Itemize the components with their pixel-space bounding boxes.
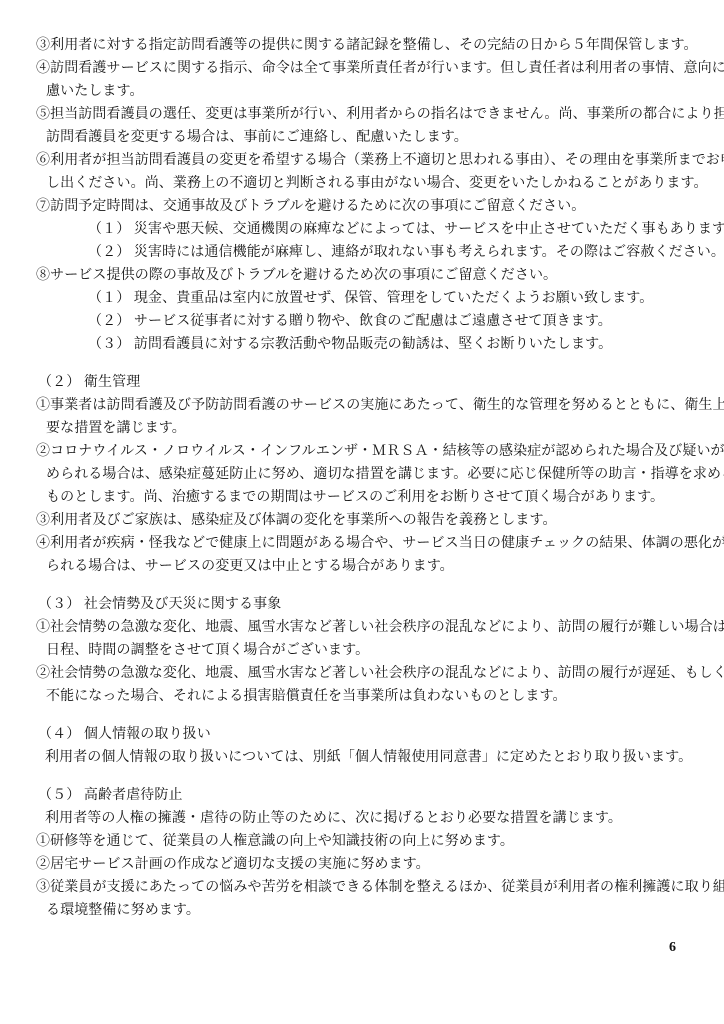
numbered-item: ①研修等を通じて、従業員の人権意識の向上や知識技術の向上に努めます。 xyxy=(36,830,692,853)
text-line: ④利用者が疾病・怪我などで健康上に問題がある場合や、サービス当日の健康チェックの… xyxy=(36,532,692,555)
numbered-item: ⑥利用者が担当訪問看護員の変更を希望する場合（業務上不適切と思われる事由）、その… xyxy=(36,149,692,195)
text-line: ⑤担当訪問看護員の選任、変更は事業所が行い、利用者からの指名はできません。尚、事… xyxy=(36,103,692,126)
numbered-item: ④利用者が疾病・怪我などで健康上に問題がある場合や、サービス当日の健康チェックの… xyxy=(36,532,692,578)
text-line: ③利用者に対する指定訪問看護等の提供に関する諸記録を整備し、その完結の日から５年… xyxy=(36,34,692,57)
numbered-item: ③利用者に対する指定訪問看護等の提供に関する諸記録を整備し、その完結の日から５年… xyxy=(36,34,692,57)
text-line: ③利用者及びご家族は、感染症及び体調の変化を事業所への報告を義務とします。 xyxy=(36,509,692,532)
text-line: ①事業者は訪問看護及び予防訪問看護のサービスの実施にあたって、衛生的な管理を努め… xyxy=(36,394,692,417)
text-line: 日程、時間の調整をさせて頂く場合がございます。 xyxy=(36,639,692,662)
sub-item: （２） 災害時には通信機能が麻痺し、連絡が取れない事も考えられます。その際はご容… xyxy=(36,241,692,264)
text-line: ①研修等を通じて、従業員の人権意識の向上や知識技術の向上に努めます。 xyxy=(36,830,692,853)
text-line: し出ください。尚、業務上の不適切と判断される事由がない場合、変更をいたしかねるこ… xyxy=(36,172,692,195)
text-line: ⑦訪問予定時間は、交通事故及びトラブルを避けるために次の事項にご留意ください。 xyxy=(36,195,692,218)
text-line: （１） 災害や悪天候、交通機関の麻痺などによっては、サービスを中止させていただく… xyxy=(36,218,692,241)
text-line: （３） 訪問看護員に対する宗教活動や物品販売の勧誘は、堅くお断りいたします。 xyxy=(36,333,692,356)
numbered-item: ①事業者は訪問看護及び予防訪問看護のサービスの実施にあたって、衛生的な管理を努め… xyxy=(36,394,692,440)
sub-item: （２） サービス従事者に対する贈り物や、飲食のご配慮はご遠慮させて頂きます。 xyxy=(36,310,692,333)
text-line: られる場合は、サービスの変更又は中止とする場合があります。 xyxy=(36,555,692,578)
numbered-item: ④訪問看護サービスに関する指示、命令は全て事業所責任者が行います。但し責任者は利… xyxy=(36,57,692,103)
numbered-item: ⑧サービス提供の際の事故及びトラブルを避けるため次の事項にご留意ください。 xyxy=(36,264,692,287)
sub-item: （１） 災害や悪天候、交通機関の麻痺などによっては、サービスを中止させていただく… xyxy=(36,218,692,241)
text-line: （１） 現金、貴重品は室内に放置せず、保管、管理をしていただくようお願い致します… xyxy=(36,287,692,310)
section-heading: （５） 高齢者虐待防止 xyxy=(36,784,692,807)
text-line: る環境整備に努めます。 xyxy=(36,899,692,922)
text-line: 慮いたします。 xyxy=(36,80,692,103)
text-line: ⑧サービス提供の際の事故及びトラブルを避けるため次の事項にご留意ください。 xyxy=(36,264,692,287)
text-line: 要な措置を講じます。 xyxy=(36,417,692,440)
numbered-item: ⑦訪問予定時間は、交通事故及びトラブルを避けるために次の事項にご留意ください。 xyxy=(36,195,692,218)
page-number: 6 xyxy=(669,936,676,959)
spacer xyxy=(36,708,692,723)
text-line: ④訪問看護サービスに関する指示、命令は全て事業所責任者が行います。但し責任者は利… xyxy=(36,57,692,80)
section-heading: （４） 個人情報の取り扱い xyxy=(36,723,692,746)
numbered-item: ②居宅サービス計画の作成など適切な支援の実施に努めます。 xyxy=(36,853,692,876)
spacer xyxy=(36,356,692,371)
sub-item: （３） 訪問看護員に対する宗教活動や物品販売の勧誘は、堅くお断りいたします。 xyxy=(36,333,692,356)
numbered-item: ②社会情勢の急激な変化、地震、風雪水害など著しい社会秩序の混乱などにより、訪問の… xyxy=(36,662,692,708)
text-line: （３） 社会情勢及び天災に関する事象 xyxy=(36,593,692,616)
text-line: （５） 高齢者虐待防止 xyxy=(36,784,692,807)
numbered-item: ②コロナウイルス・ノロウイルス・インフルエンザ・ＭＲＳＡ・結核等の感染症が認めら… xyxy=(36,440,692,509)
text-line: ③従業員が支援にあたっての悩みや苦労を相談できる体制を整えるほか、従業員が利用者… xyxy=(36,876,692,899)
text-line: ②社会情勢の急激な変化、地震、風雪水害など著しい社会秩序の混乱などにより、訪問の… xyxy=(36,662,692,685)
text-line: められる場合は、感染症蔓延防止に努め、適切な措置を講じます。必要に応じ保健所等の… xyxy=(36,463,692,486)
text-line: 利用者の個人情報の取り扱いについては、別紙「個人情報使用同意書」に定めたとおり取… xyxy=(36,746,692,769)
paragraph: 利用者の個人情報の取り扱いについては、別紙「個人情報使用同意書」に定めたとおり取… xyxy=(36,746,692,769)
text-line: （４） 個人情報の取り扱い xyxy=(36,723,692,746)
text-line: （２） 衛生管理 xyxy=(36,371,692,394)
text-line: 利用者等の人権の擁護・虐待の防止等のために、次に掲げるとおり必要な措置を講じます… xyxy=(36,807,692,830)
document-page: ③利用者に対する指定訪問看護等の提供に関する諸記録を整備し、その完結の日から５年… xyxy=(0,0,724,1024)
numbered-item: ③従業員が支援にあたっての悩みや苦労を相談できる体制を整えるほか、従業員が利用者… xyxy=(36,876,692,922)
document-content: ③利用者に対する指定訪問看護等の提供に関する諸記録を整備し、その完結の日から５年… xyxy=(36,34,692,922)
spacer xyxy=(36,769,692,784)
text-line: （２） 災害時には通信機能が麻痺し、連絡が取れない事も考えられます。その際はご容… xyxy=(36,241,692,264)
text-line: 不能になった場合、それによる損害賠償責任を当事業所は負わないものとします。 xyxy=(36,685,692,708)
section-heading: （３） 社会情勢及び天災に関する事象 xyxy=(36,593,692,616)
text-line: ⑥利用者が担当訪問看護員の変更を希望する場合（業務上不適切と思われる事由）、その… xyxy=(36,149,692,172)
spacer xyxy=(36,578,692,593)
sub-item: （１） 現金、貴重品は室内に放置せず、保管、管理をしていただくようお願い致します… xyxy=(36,287,692,310)
text-line: ①社会情勢の急激な変化、地震、風雪水害など著しい社会秩序の混乱などにより、訪問の… xyxy=(36,616,692,639)
text-line: ②コロナウイルス・ノロウイルス・インフルエンザ・ＭＲＳＡ・結核等の感染症が認めら… xyxy=(36,440,692,463)
section-heading: （２） 衛生管理 xyxy=(36,371,692,394)
text-line: ②居宅サービス計画の作成など適切な支援の実施に努めます。 xyxy=(36,853,692,876)
text-line: ものとします。尚、治癒するまでの期間はサービスのご利用をお断りさせて頂く場合があ… xyxy=(36,486,692,509)
paragraph: 利用者等の人権の擁護・虐待の防止等のために、次に掲げるとおり必要な措置を講じます… xyxy=(36,807,692,830)
numbered-item: ①社会情勢の急激な変化、地震、風雪水害など著しい社会秩序の混乱などにより、訪問の… xyxy=(36,616,692,662)
numbered-item: ③利用者及びご家族は、感染症及び体調の変化を事業所への報告を義務とします。 xyxy=(36,509,692,532)
numbered-item: ⑤担当訪問看護員の選任、変更は事業所が行い、利用者からの指名はできません。尚、事… xyxy=(36,103,692,149)
text-line: 訪問看護員を変更する場合は、事前にご連絡し、配慮いたします。 xyxy=(36,126,692,149)
text-line: （２） サービス従事者に対する贈り物や、飲食のご配慮はご遠慮させて頂きます。 xyxy=(36,310,692,333)
